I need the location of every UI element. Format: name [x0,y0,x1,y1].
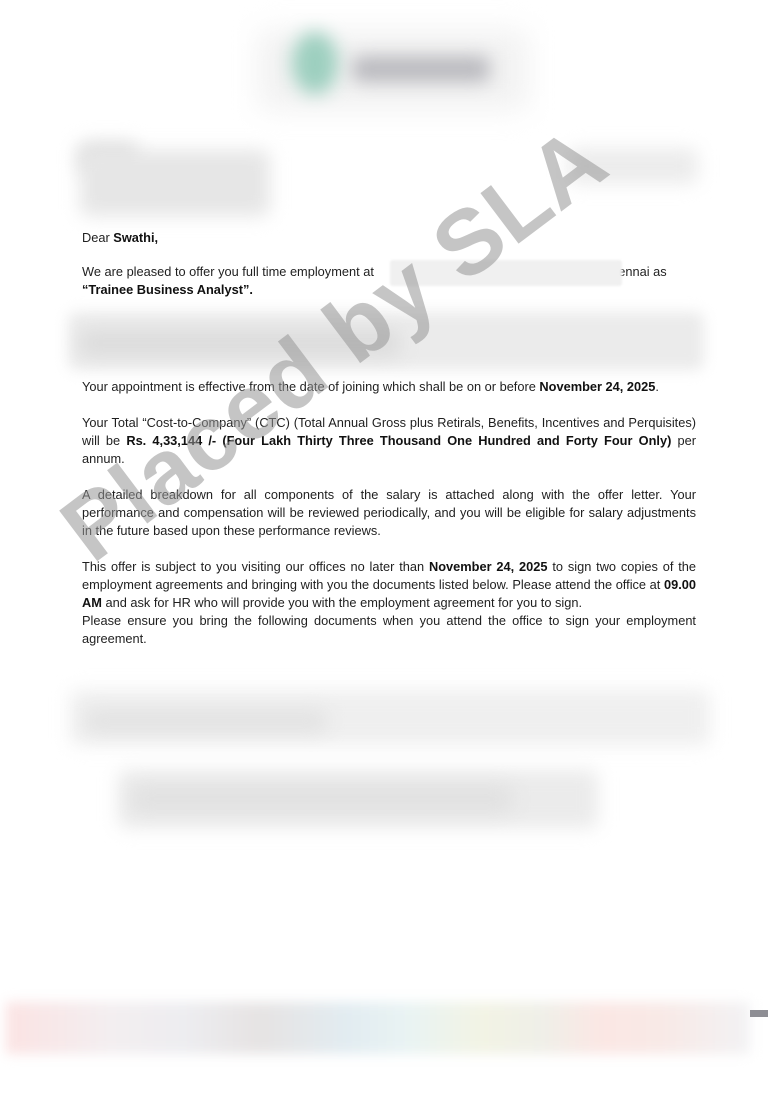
company-logo-icon [292,32,338,94]
company-name-redaction-box [390,260,622,286]
page-edge-marker [750,1010,768,1017]
salutation: Dear Swathi, [82,229,158,247]
appointment-end: . [655,379,659,394]
subject-intro: This offer is subject to you visiting ou… [82,559,429,574]
joining-date: November 24, 2025 [539,379,655,394]
recipient-name: Swathi, [113,230,158,245]
breakdown-paragraph: A detailed breakdown for all components … [82,486,696,540]
footer-redacted-band [6,1002,750,1054]
ctc-paragraph: Your Total “Cost-to-Company” (CTC) (Tota… [82,414,696,468]
redacted-documents-list-line [132,786,512,812]
redacted-documents-heading-line [86,710,326,732]
company-logo-text-redacted [352,56,490,82]
salutation-prefix: Dear [82,230,113,245]
appointment-paragraph: Your appointment is effective from the d… [82,378,722,396]
ctc-amount: Rs. 4,33,144 /- (Four Lakh Thirty Three … [126,433,671,448]
appointment-text: Your appointment is effective from the d… [82,379,539,394]
documents-note: Please ensure you bring the following do… [82,613,696,646]
offer-intro-text: We are pleased to offer you full time em… [82,264,374,279]
subject-end: and ask for HR who will provide you with… [102,595,582,610]
subject-date: November 24, 2025 [429,559,548,574]
recipient-address-redacted [80,150,270,216]
job-title: “Trainee Business Analyst”. [82,281,253,299]
letter-date-redacted [568,148,698,184]
job-title-text: “Trainee Business Analyst”. [82,282,253,297]
subject-paragraph: This offer is subject to you visiting ou… [82,558,696,648]
redacted-paragraph-line [80,330,400,356]
